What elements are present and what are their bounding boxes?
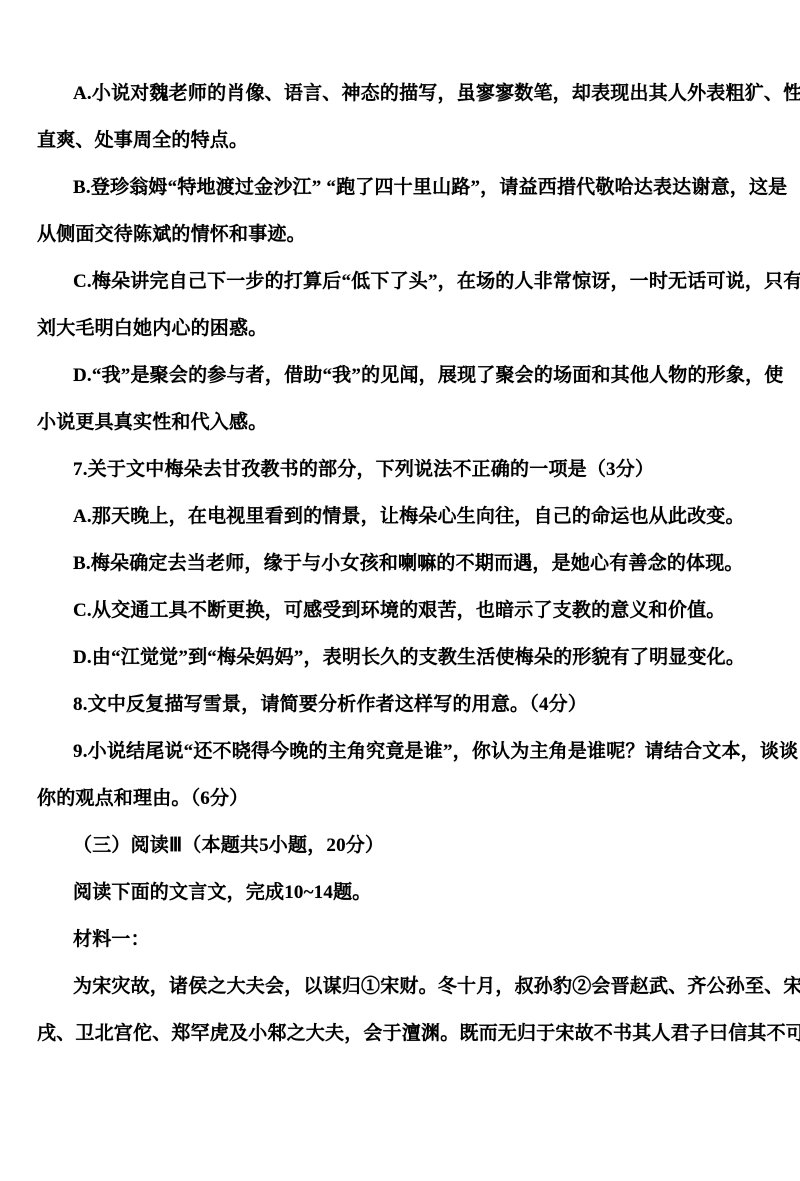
text-line: C.从交通工具不断更换，可感受到环境的艰苦，也暗示了支教的意义和价值。	[37, 587, 762, 634]
text-line: D.“我”是聚会的参与者，借助“我”的见闻，展现了聚会的场面和其他人物的形象，使	[37, 352, 762, 399]
text-line: C.梅朵讲完自己下一步的打算后“低下了头”，在场的人非常惊讶，一时无话可说，只有	[37, 258, 762, 305]
text-line: 戌、卫北宫佗、郑罕虎及小邾之大夫，会于澶渊。既而无归于宋故不书其人君子曰信其不可…	[37, 1010, 762, 1057]
text-line: 9.小说结尾说“还不晓得今晚的主角究竟是谁”，你认为主角是谁呢？请结合文本，谈谈	[37, 728, 762, 775]
text-line: D.由“江觉觉”到“梅朵妈妈”，表明长久的支教生活使梅朵的形貌有了明显变化。	[37, 634, 762, 681]
text-line: 7.关于文中梅朵去甘孜教书的部分，下列说法不正确的一项是（3分）	[37, 446, 762, 493]
text-line: 小说更具真实性和代入感。	[37, 399, 762, 446]
text-line: 阅读下面的文言文，完成10~14题。	[37, 869, 762, 916]
text-line: A.那天晚上，在电视里看到的情景，让梅朵心生向往，自己的命运也从此改变。	[37, 493, 762, 540]
text-line: 从侧面交待陈斌的情怀和事迹。	[37, 211, 762, 258]
text-line: B.登珍翁姆“特地渡过金沙江” “跑了四十里山路”，请益西措代敬哈达表达谢意，这…	[37, 164, 762, 211]
text-line: 你的观点和理由。（6分）	[37, 775, 762, 822]
exam-page: A.小说对魏老师的肖像、语言、神态的描写，虽寥寥数笔，却表现出其人外表粗犷、性格…	[0, 0, 800, 1181]
text-line: B.梅朵确定去当老师，缘于与小女孩和喇嘛的不期而遇，是她心有善念的体现。	[37, 540, 762, 587]
text-line: （三）阅读Ⅲ（本题共5小题，20分）	[37, 822, 762, 869]
text-line: 材料一：	[37, 916, 762, 963]
text-line: A.小说对魏老师的肖像、语言、神态的描写，虽寥寥数笔，却表现出其人外表粗犷、性格	[37, 70, 762, 117]
text-line: 刘大毛明白她内心的困惑。	[37, 305, 762, 352]
text-line: 直爽、处事周全的特点。	[37, 117, 762, 164]
text-line: 8.文中反复描写雪景，请简要分析作者这样写的用意。（4分）	[37, 681, 762, 728]
text-line: 为宋灾故，诸侯之大夫会，以谋归①宋财。冬十月，叔孙豹②会晋赵武、齐公孙至、宋向	[37, 963, 762, 1010]
document-body: A.小说对魏老师的肖像、语言、神态的描写，虽寥寥数笔，却表现出其人外表粗犷、性格…	[37, 70, 762, 1057]
